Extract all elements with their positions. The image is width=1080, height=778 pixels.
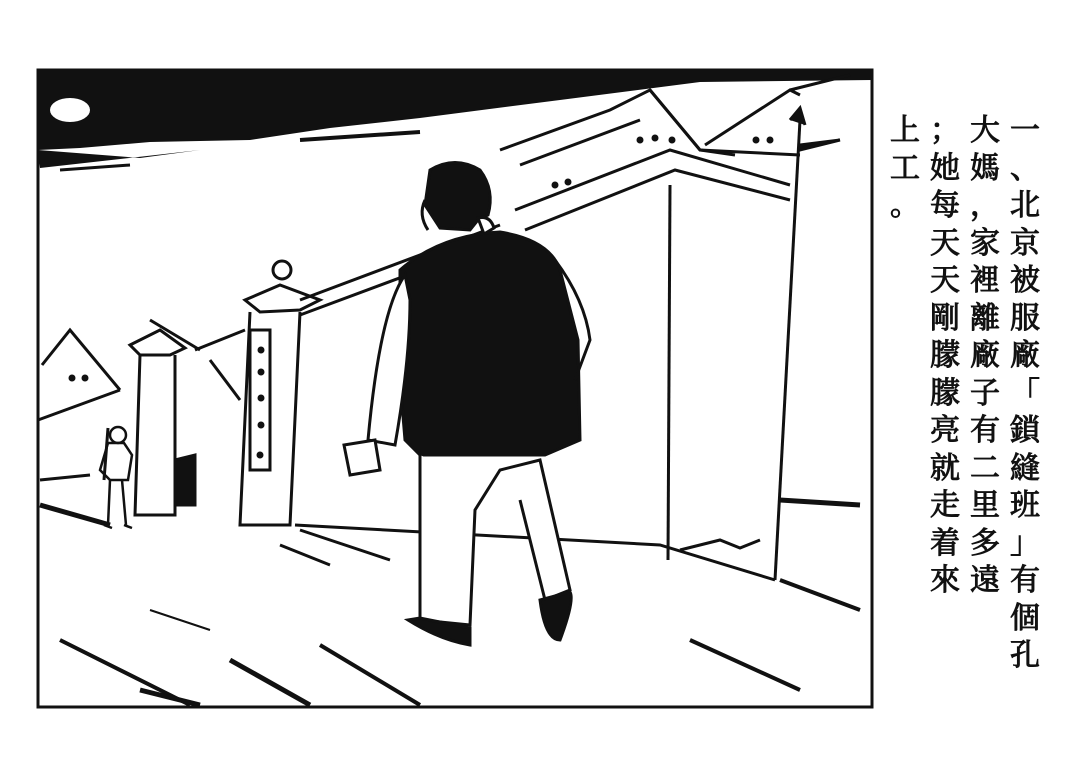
caption-char: 「: [1005, 375, 1045, 413]
caption-char: 鎖: [1005, 412, 1045, 450]
caption-char: 來: [925, 562, 965, 600]
caption-char: 孔: [1005, 637, 1045, 675]
caption-char: 北: [1005, 187, 1045, 225]
caption-char: ；: [925, 112, 965, 150]
caption-char: 京: [1005, 225, 1045, 263]
caption-char: 剛: [925, 300, 965, 338]
caption-char: 媽: [965, 150, 1005, 188]
caption-char: 里: [965, 487, 1005, 525]
caption-char: 家: [965, 225, 1005, 263]
caption-char: 縫: [1005, 450, 1045, 488]
caption-char: 就: [925, 450, 965, 488]
caption-char: 着: [925, 525, 965, 563]
caption-char: 亮: [925, 412, 965, 450]
caption-char: 朦: [925, 375, 965, 413]
caption-char: 廠: [1005, 337, 1045, 375]
caption-char: 服: [1005, 300, 1045, 338]
vertical-caption: 一、北京被服廠「鎖縫班」有個孔 大媽，家裡離廠子有二里多遠 ；她每天天剛朦朦亮就…: [0, 0, 1080, 778]
caption-char: 有: [1005, 562, 1045, 600]
caption-char: 朦: [925, 337, 965, 375]
caption-char: 每: [925, 187, 965, 225]
caption-char: 班: [1005, 487, 1045, 525]
caption-char: 子: [965, 375, 1005, 413]
caption-char: 上: [885, 112, 925, 150]
caption-char: 大: [965, 112, 1005, 150]
caption-char: ，: [965, 187, 1005, 225]
caption-char: 二: [965, 450, 1005, 488]
caption-char: 被: [1005, 262, 1045, 300]
caption-char: 多: [965, 525, 1005, 563]
caption-char: 遠: [965, 562, 1005, 600]
caption-char: 一: [1005, 112, 1045, 150]
caption-column-3: ；她每天天剛朦朦亮就走着來: [925, 112, 965, 600]
caption-column-2: 大媽，家裡離廠子有二里多遠: [965, 112, 1005, 600]
caption-char: 」: [1005, 525, 1045, 563]
caption-char: 天: [925, 225, 965, 263]
caption-char: 離: [965, 300, 1005, 338]
caption-char: 她: [925, 150, 965, 188]
caption-char: 、: [1005, 150, 1045, 188]
caption-char: 走: [925, 487, 965, 525]
caption-char: 。: [885, 187, 925, 225]
caption-column-1: 一、北京被服廠「鎖縫班」有個孔: [1005, 112, 1045, 675]
caption-char: 廠: [965, 337, 1005, 375]
caption-char: 天: [925, 262, 965, 300]
caption-char: 工: [885, 150, 925, 188]
caption-column-4: 上工。: [885, 112, 925, 225]
caption-char: 有: [965, 412, 1005, 450]
caption-char: 裡: [965, 262, 1005, 300]
caption-char: 個: [1005, 600, 1045, 638]
